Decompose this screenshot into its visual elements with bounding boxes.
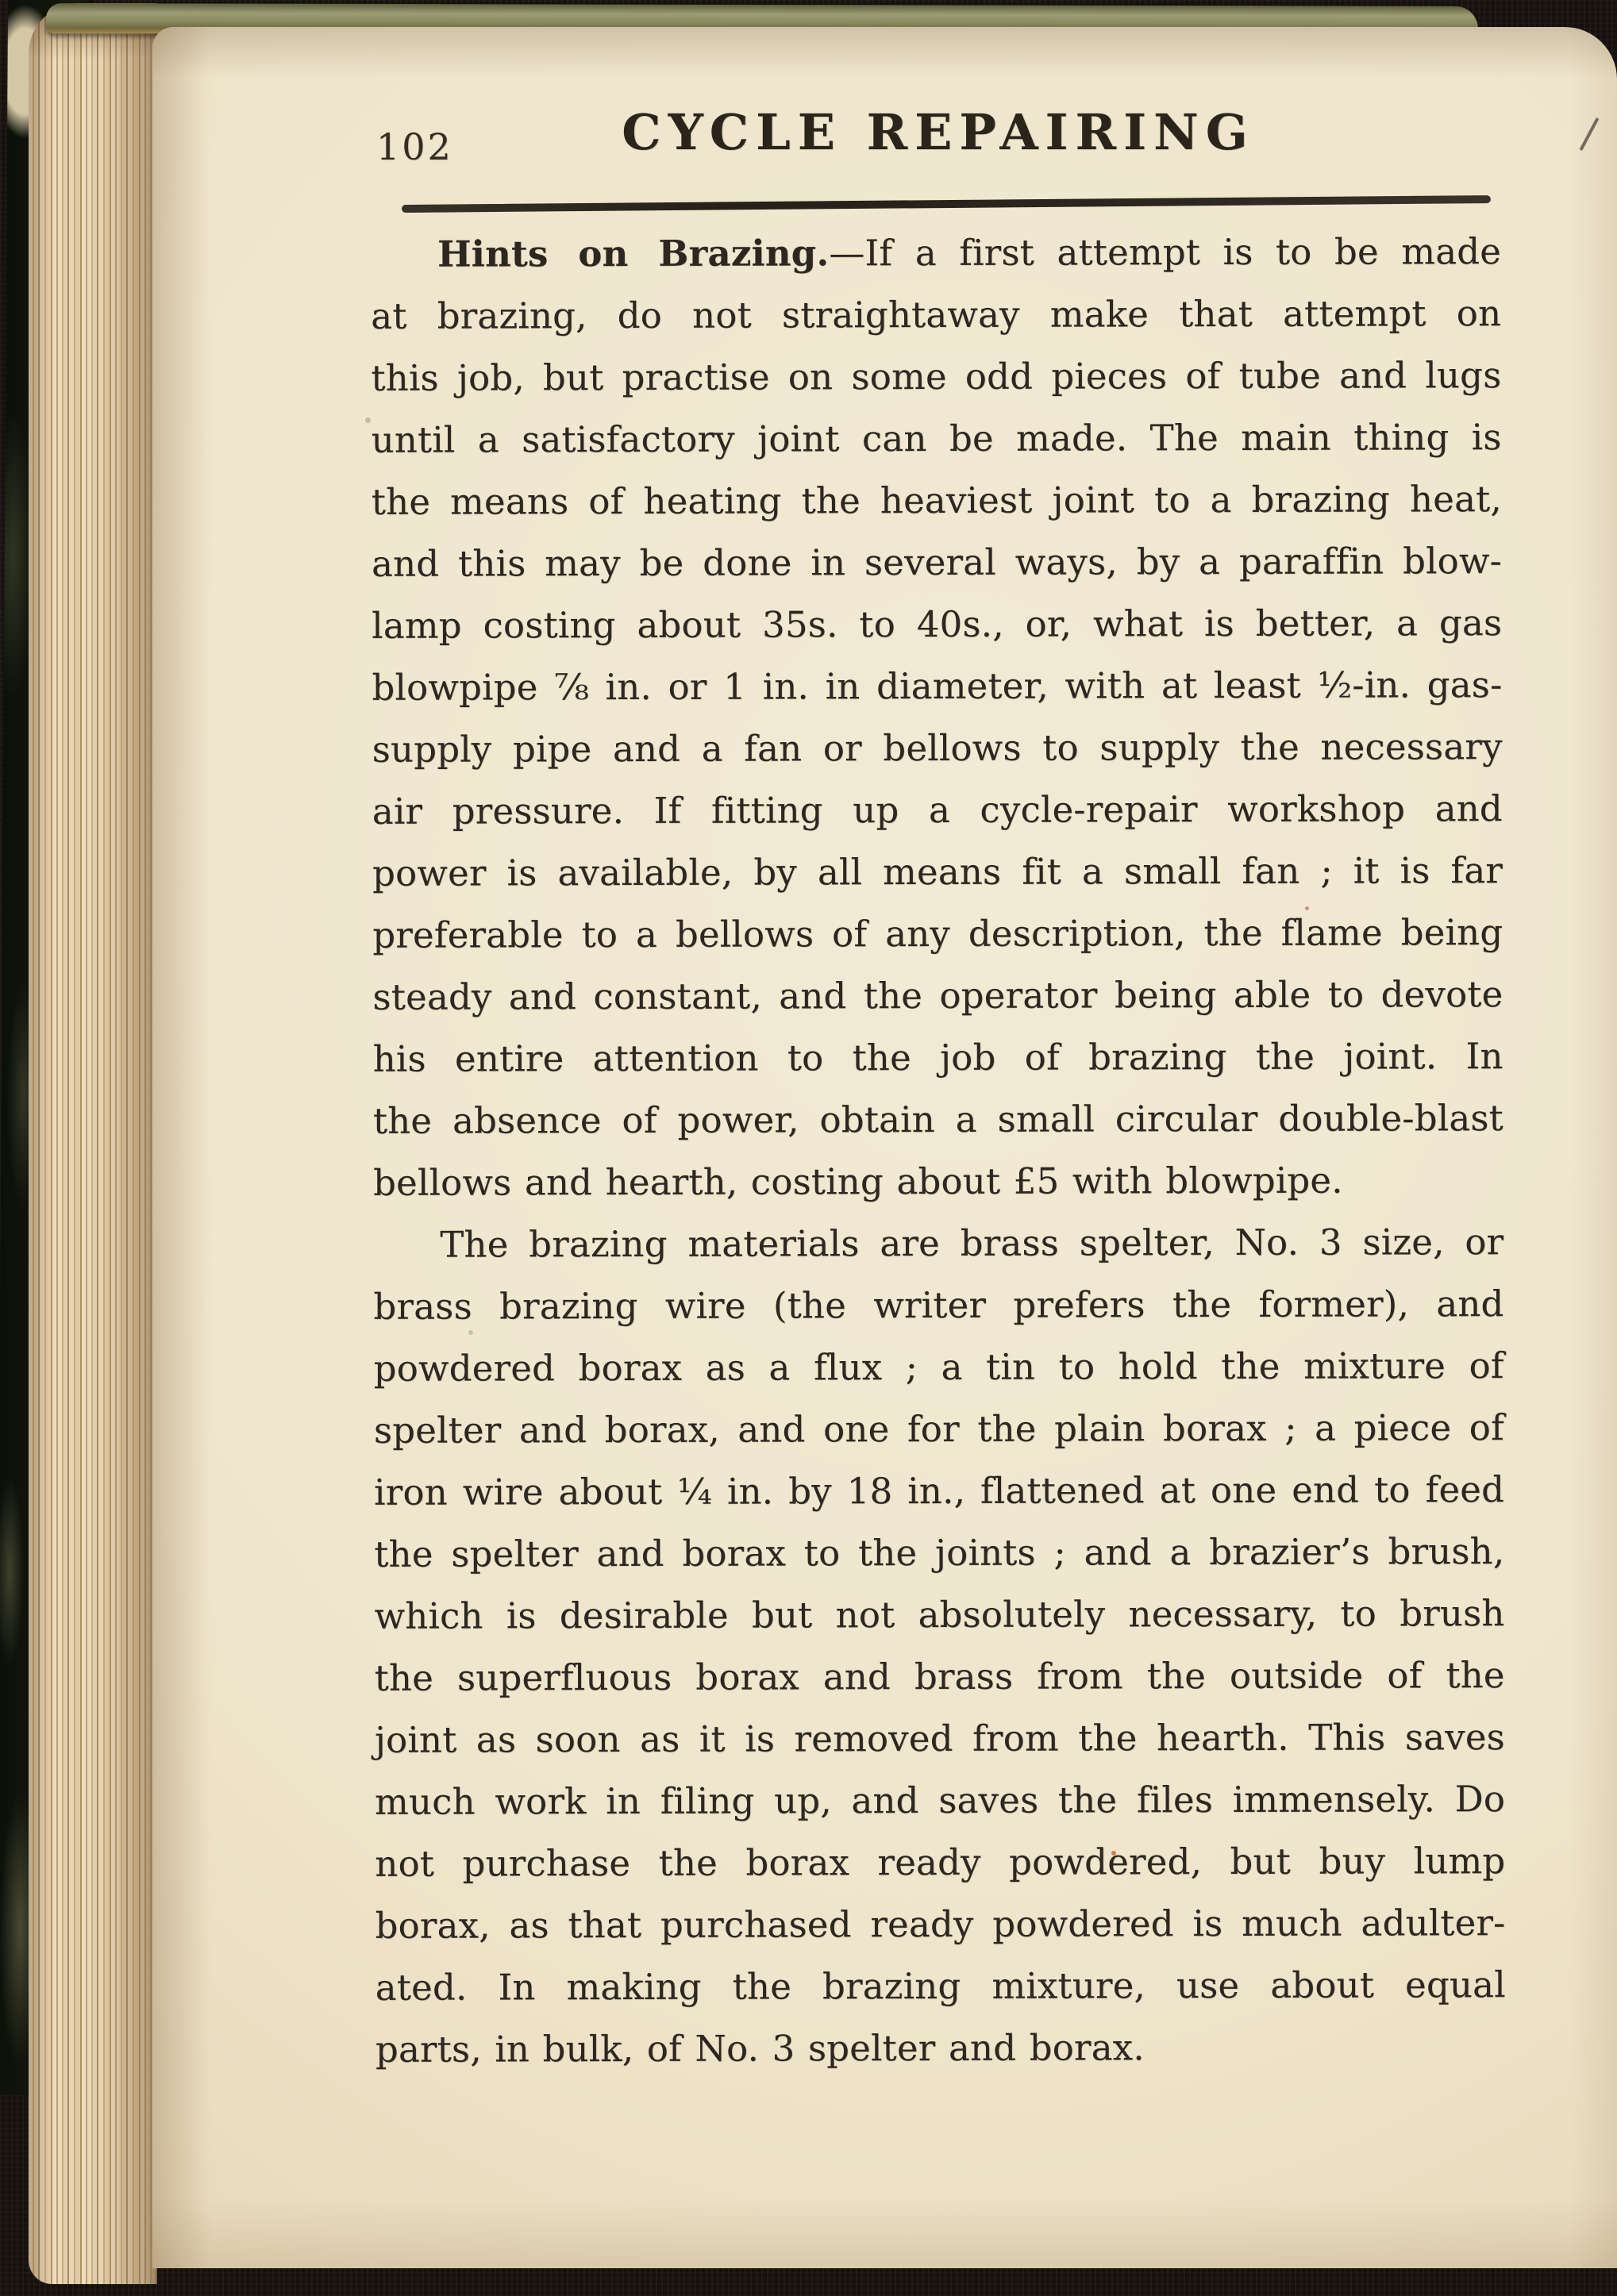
body-line: the means of heating the heaviest joint …	[372, 468, 1502, 533]
paper-speck	[1111, 1851, 1116, 1856]
body-line: this job, but practise on some odd piece…	[371, 344, 1501, 410]
body-line: lamp costing about 35s. to 40s., or, wha…	[372, 592, 1502, 657]
body-line: preferable to a bellows of any descripti…	[372, 902, 1503, 967]
body-line: borax, as that purchased ready powdered …	[375, 1892, 1505, 1957]
scratch-mark	[1579, 117, 1599, 151]
body-line: the spelter and borax to the joints ; an…	[374, 1521, 1504, 1586]
body-line: the superfluous borax and brass from the…	[375, 1644, 1505, 1710]
book-photo: 102 CYCLE REPAIRING Hints on Brazing.—If…	[0, 0, 1617, 2296]
book-page: 102 CYCLE REPAIRING Hints on Brazing.—If…	[152, 27, 1617, 2268]
body-line: air pressure. If fitting up a cycle-repa…	[372, 778, 1503, 843]
body-text: Hints on Brazing.—If a first attempt is …	[371, 221, 1506, 2081]
body-line: the absence of power, obtain a small cir…	[373, 1087, 1503, 1152]
body-line: iron wire about ¼ in. by 18 in., flatten…	[374, 1459, 1504, 1524]
body-line: spelter and borax, and one for the plain…	[374, 1397, 1504, 1462]
body-line: The brazing materials are brass spelter,…	[373, 1211, 1503, 1276]
bold-lead: Hints on Brazing.	[437, 232, 829, 275]
body-line: brass brazing wire (the writer prefers t…	[373, 1273, 1503, 1338]
fanned-page-edges	[29, 3, 157, 2284]
body-line: joint as soon as it is removed from the …	[375, 1706, 1505, 1771]
body-line: powdered borax as a flux ; a tin to hold…	[374, 1335, 1504, 1400]
body-line: supply pipe and a fan or bellows to supp…	[372, 716, 1503, 781]
body-line: not purchase the borax ready powdered, b…	[375, 1830, 1505, 1895]
body-line: blowpipe ⅞ in. or 1 in. in diameter, wit…	[372, 654, 1502, 719]
running-title: CYCLE REPAIRING	[373, 103, 1503, 161]
body-line: until a satisfactory joint can be made. …	[372, 406, 1502, 471]
body-line: and this may be done in several ways, by…	[372, 530, 1502, 595]
paper-speck	[1305, 906, 1309, 910]
paper-speck	[365, 417, 371, 423]
body-line: his entire attention to the job of brazi…	[373, 1025, 1503, 1090]
body-line: ated. In making the brazing mixture, use…	[375, 1954, 1506, 2019]
body-line: bellows and hearth, costing about £5 wit…	[373, 1149, 1503, 1214]
body-line: Hints on Brazing.—If a first attempt is …	[371, 221, 1501, 286]
header-rule	[402, 195, 1491, 213]
body-line: steady and constant, and the operator be…	[372, 963, 1503, 1029]
paper-speck	[468, 1330, 473, 1335]
body-line: which is desirable but not absolutely ne…	[374, 1583, 1504, 1648]
body-line: at brazing, do not straightaway make tha…	[371, 283, 1501, 348]
body-line: power is available, by all means fit a s…	[372, 840, 1503, 905]
body-line: much work in filing up, and saves the fi…	[375, 1768, 1505, 1833]
body-line: parts, in bulk, of No. 3 spelter and bor…	[375, 2016, 1506, 2081]
